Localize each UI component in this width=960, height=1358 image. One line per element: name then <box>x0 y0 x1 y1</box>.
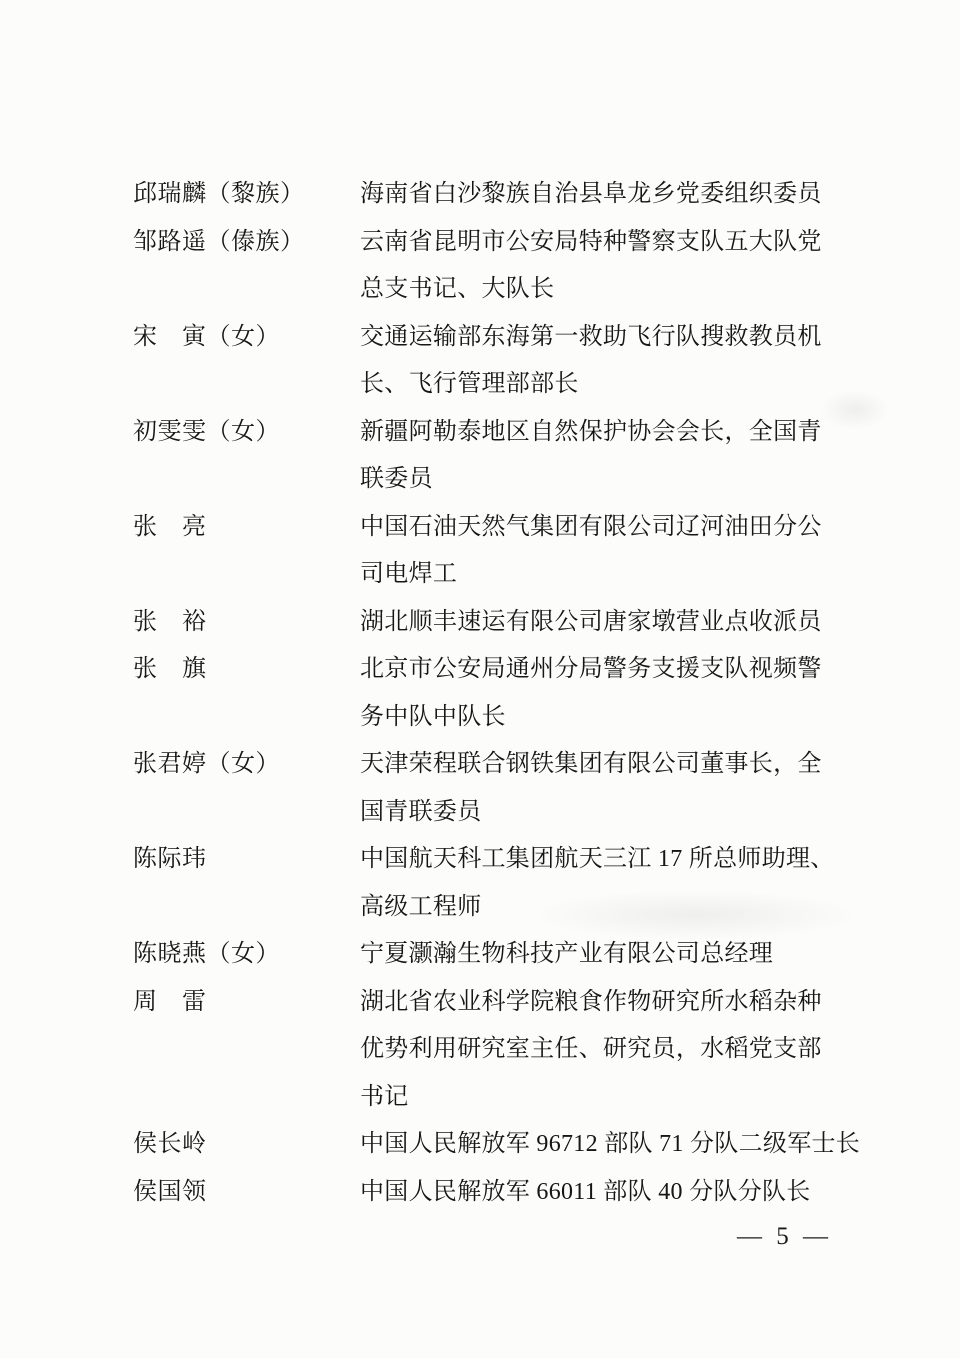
person-title: 中国人民解放军 66011 部队 40 分队分队长 <box>360 1169 878 1217</box>
person-name: 宋 寅（女） <box>133 314 360 362</box>
person-title: 中国石油天然气集团有限公司辽河油田分公 司电焊工 <box>360 504 878 599</box>
person-title: 中国航天科工集团航天三江 17 所总师助理、 高级工程师 <box>360 836 878 931</box>
list-entry: 初雯雯（女） 新疆阿勒泰地区自然保护协会会长，全国青 联委员 <box>133 409 878 504</box>
person-name: 初雯雯（女） <box>133 409 360 457</box>
list-entry: 张君婷（女） 天津荣程联合钢铁集团有限公司董事长，全 国青联委员 <box>133 741 878 836</box>
person-title: 新疆阿勒泰地区自然保护协会会长，全国青 联委员 <box>360 409 878 504</box>
person-name: 侯国领 <box>133 1169 360 1217</box>
person-title: 交通运输部东海第一救助飞行队搜救教员机 长、飞行管理部部长 <box>360 314 878 409</box>
person-title: 北京市公安局通州分局警务支援支队视频警 务中队中队长 <box>360 646 878 741</box>
person-name: 张君婷（女） <box>133 741 360 789</box>
person-title: 湖北省农业科学院粮食作物研究所水稻杂种 优势利用研究室主任、研究员，水稻党支部 … <box>360 979 878 1122</box>
document-page: 邱瑞麟（黎族） 海南省白沙黎族自治县阜龙乡党委组织委员 邹路遥（傣族） 云南省昆… <box>0 0 960 1358</box>
person-name: 周 雷 <box>133 979 360 1027</box>
person-name: 张 亮 <box>133 504 360 552</box>
person-name: 陈晓燕（女） <box>133 931 360 979</box>
person-title: 宁夏灏瀚生物科技产业有限公司总经理 <box>360 931 878 979</box>
person-title: 海南省白沙黎族自治县阜龙乡党委组织委员 <box>360 171 878 219</box>
name-title-list: 邱瑞麟（黎族） 海南省白沙黎族自治县阜龙乡党委组织委员 邹路遥（傣族） 云南省昆… <box>133 171 878 1216</box>
list-entry: 张 亮 中国石油天然气集团有限公司辽河油田分公 司电焊工 <box>133 504 878 599</box>
person-name: 陈际玮 <box>133 836 360 884</box>
person-title: 中国人民解放军 96712 部队 71 分队二级军士长 <box>360 1121 878 1169</box>
person-name: 张 裕 <box>133 599 360 647</box>
list-entry: 宋 寅（女） 交通运输部东海第一救助飞行队搜救教员机 长、飞行管理部部长 <box>133 314 878 409</box>
person-name: 侯长岭 <box>133 1121 360 1169</box>
person-name: 邹路遥（傣族） <box>133 219 360 267</box>
list-entry: 陈际玮 中国航天科工集团航天三江 17 所总师助理、 高级工程师 <box>133 836 878 931</box>
person-title: 湖北顺丰速运有限公司唐家墩营业点收派员 <box>360 599 878 647</box>
person-title: 天津荣程联合钢铁集团有限公司董事长，全 国青联委员 <box>360 741 878 836</box>
list-entry: 张 旗 北京市公安局通州分局警务支援支队视频警 务中队中队长 <box>133 646 878 741</box>
person-title: 云南省昆明市公安局特种警察支队五大队党 总支书记、大队长 <box>360 219 878 314</box>
list-entry: 邹路遥（傣族） 云南省昆明市公安局特种警察支队五大队党 总支书记、大队长 <box>133 219 878 314</box>
list-entry: 邱瑞麟（黎族） 海南省白沙黎族自治县阜龙乡党委组织委员 <box>133 171 878 219</box>
person-name: 张 旗 <box>133 646 360 694</box>
list-entry: 周 雷 湖北省农业科学院粮食作物研究所水稻杂种 优势利用研究室主任、研究员，水稻… <box>133 979 878 1122</box>
list-entry: 侯长岭 中国人民解放军 96712 部队 71 分队二级军士长 <box>133 1121 878 1169</box>
list-entry: 张 裕 湖北顺丰速运有限公司唐家墩营业点收派员 <box>133 599 878 647</box>
list-entry: 陈晓燕（女） 宁夏灏瀚生物科技产业有限公司总经理 <box>133 931 878 979</box>
list-entry: 侯国领 中国人民解放军 66011 部队 40 分队分队长 <box>133 1169 878 1217</box>
page-number: — 5 — <box>737 1222 832 1252</box>
person-name: 邱瑞麟（黎族） <box>133 171 360 219</box>
